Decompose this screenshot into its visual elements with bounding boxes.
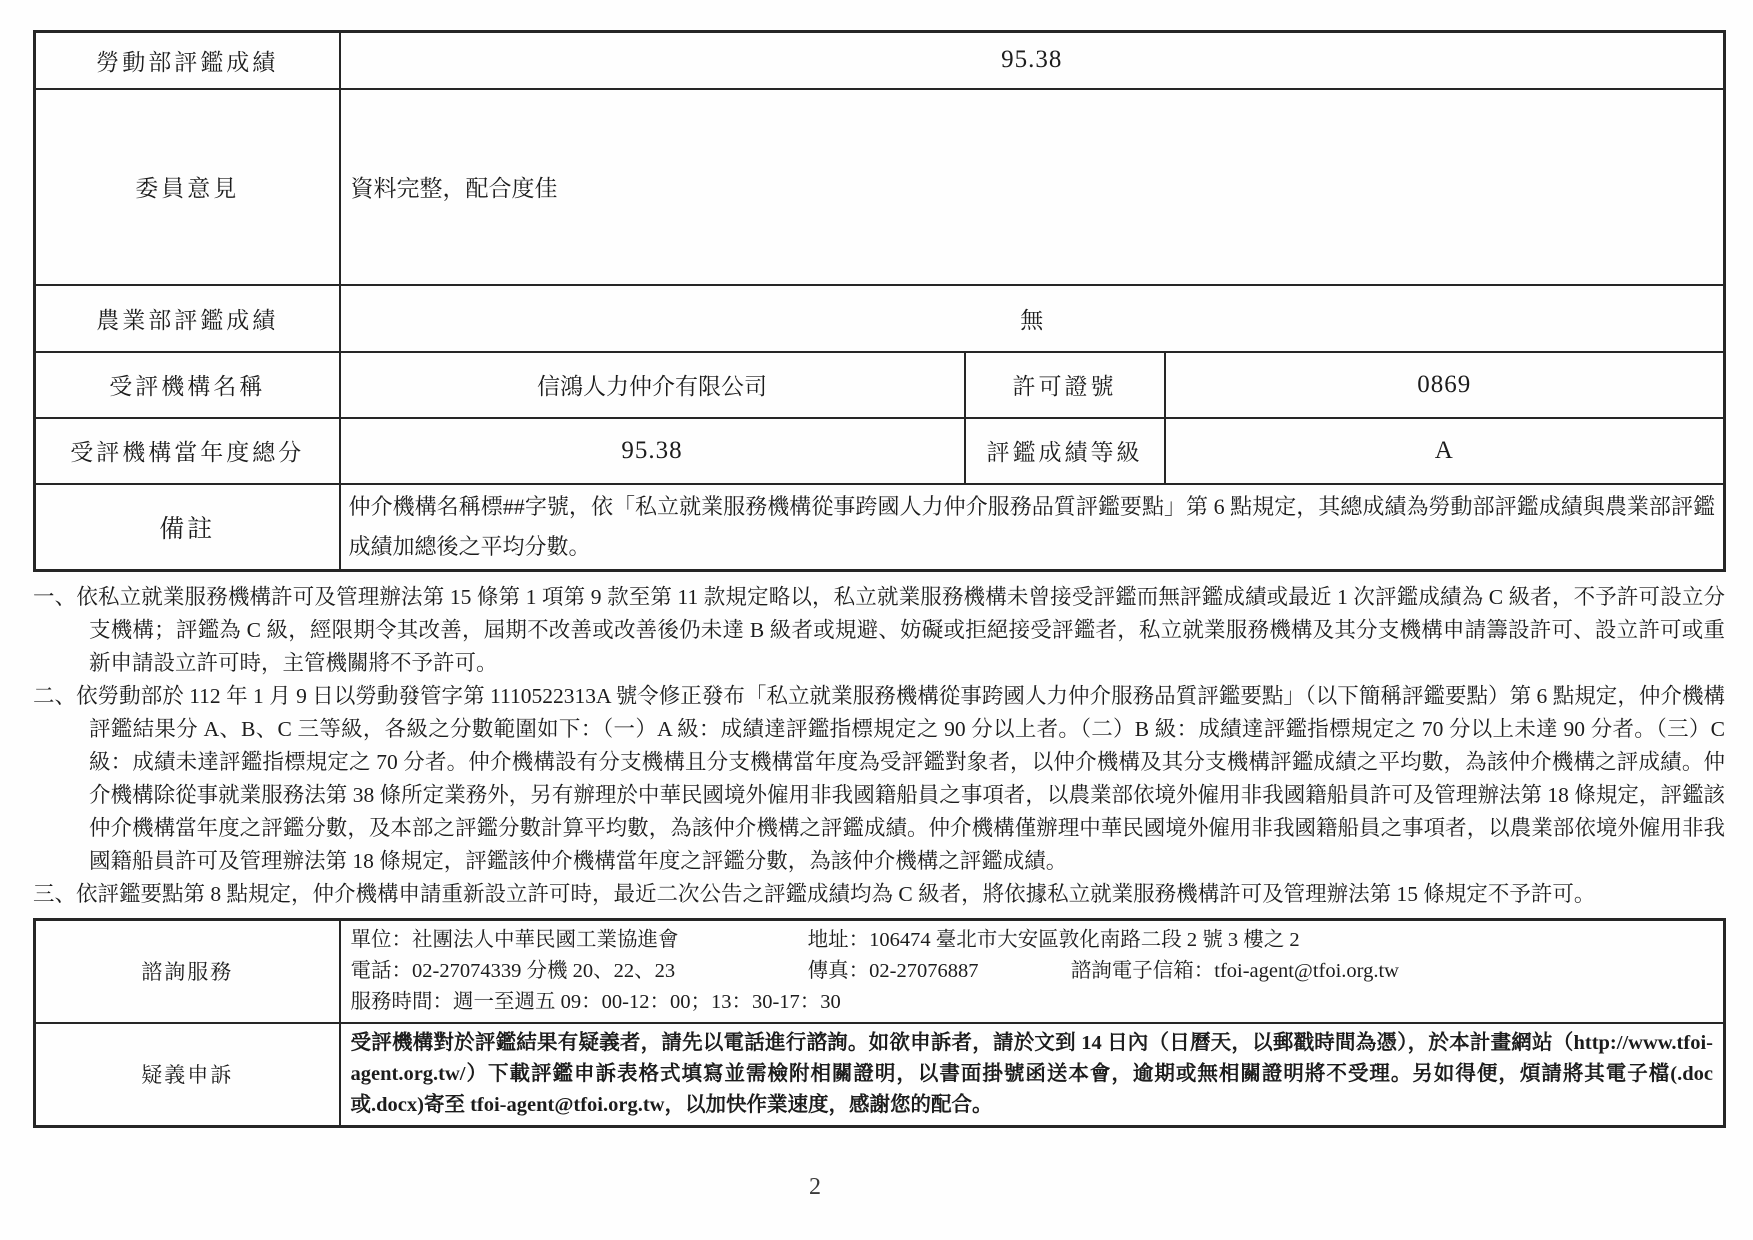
appeal-label: 疑義申訴 <box>35 1023 340 1127</box>
page-number: 2 <box>785 1174 845 1201</box>
consult-hours: 服務時間：週一至週五 09：00-12：00；13：30-17：30 <box>351 987 841 1018</box>
evaluation-result-table: 勞動部評鑑成績 95.38 委員意見 資料完整，配合度佳 農業部評鑑成績 無 受… <box>33 30 1726 572</box>
labor-score-value: 95.38 <box>340 32 1725 89</box>
appeal-text: 受評機構對於評鑑結果有疑義者，請先以電話進行諮詢。如欲申訴者，請於文到 14 日… <box>340 1023 1725 1127</box>
table-row: 疑義申訴 受評機構對於評鑑結果有疑義者，請先以電話進行諮詢。如欲申訴者，請於文到… <box>35 1023 1725 1127</box>
note-2-text: 依勞動部於 112 年 1 月 9 日以勞動發管字第 1110522313A 號… <box>76 684 1725 873</box>
consult-line-phone-fax-email: 電話：02-27074339 分機 20、22、23 傳真：02-2707688… <box>351 956 1714 987</box>
consult-unit: 單位：社團法人中華民國工業協進會 <box>351 925 803 956</box>
table-row: 受評機構名稱 信鴻人力仲介有限公司 許可證號 0869 <box>35 352 1725 418</box>
consult-email: 諮詢電子信箱：tfoi-agent@tfoi.org.tw <box>1071 956 1399 987</box>
institution-name-value: 信鴻人力仲介有限公司 <box>340 352 965 418</box>
committee-opinion-label: 委員意見 <box>35 89 340 285</box>
table-row: 農業部評鑑成績 無 <box>35 285 1725 352</box>
consult-line-hours: 服務時間：週一至週五 09：00-12：00；13：30-17：30 <box>351 987 1714 1018</box>
consult-address: 地址：106474 臺北市大安區敦化南路二段 2 號 3 樓之 2 <box>808 925 1300 956</box>
consult-line-unit-address: 單位：社團法人中華民國工業協進會 地址：106474 臺北市大安區敦化南路二段 … <box>351 925 1714 956</box>
table-row: 勞動部評鑑成績 95.38 <box>35 32 1725 89</box>
institution-name-label: 受評機構名稱 <box>35 352 340 418</box>
permit-number-value: 0869 <box>1165 352 1725 418</box>
consult-service-content: 單位：社團法人中華民國工業協進會 地址：106474 臺北市大安區敦化南路二段 … <box>340 919 1725 1023</box>
consult-fax: 傳真：02-27076887 <box>808 956 1066 987</box>
note-1-text: 依私立就業服務機構許可及管理辦法第 15 條第 1 項第 9 款至第 11 款規… <box>76 585 1725 675</box>
agriculture-score-label: 農業部評鑑成績 <box>35 285 340 352</box>
note-2: 二、依勞動部於 112 年 1 月 9 日以勞動發管字第 1110522313A… <box>33 680 1725 878</box>
scanned-evaluation-document: 勞動部評鑑成績 95.38 委員意見 資料完整，配合度佳 農業部評鑑成績 無 受… <box>0 0 1753 1240</box>
grade-label: 評鑑成績等級 <box>965 418 1165 484</box>
regulatory-notes: 一、依私立就業服務機構許可及管理辦法第 15 條第 1 項第 9 款至第 11 … <box>33 581 1725 911</box>
consult-phone: 電話：02-27074339 分機 20、22、23 <box>351 956 803 987</box>
total-score-value: 95.38 <box>340 418 965 484</box>
note-3-marker: 三、 <box>33 882 76 906</box>
table-row: 備註 仲介機構名稱標##字號，依「私立就業服務機構從事跨國人力仲介服務品質評鑑要… <box>35 484 1725 571</box>
note-3-text: 依評鑑要點第 8 點規定，仲介機構申請重新設立許可時，最近二次公告之評鑑成績均為… <box>76 882 1595 906</box>
remarks-value: 仲介機構名稱標##字號，依「私立就業服務機構從事跨國人力仲介服務品質評鑑要點」第… <box>340 484 1725 571</box>
permit-number-label: 許可證號 <box>965 352 1165 418</box>
remarks-label: 備註 <box>35 484 340 571</box>
note-1: 一、依私立就業服務機構許可及管理辦法第 15 條第 1 項第 9 款至第 11 … <box>33 581 1725 680</box>
agriculture-score-value: 無 <box>340 285 1725 352</box>
consult-service-label: 諮詢服務 <box>35 919 340 1023</box>
contact-appeal-table: 諮詢服務 單位：社團法人中華民國工業協進會 地址：106474 臺北市大安區敦化… <box>33 918 1726 1128</box>
total-score-label: 受評機構當年度總分 <box>35 418 340 484</box>
note-3: 三、依評鑑要點第 8 點規定，仲介機構申請重新設立許可時，最近二次公告之評鑑成績… <box>33 878 1725 911</box>
note-2-marker: 二、 <box>33 684 76 708</box>
labor-score-label: 勞動部評鑑成績 <box>35 32 340 89</box>
table-row: 諮詢服務 單位：社團法人中華民國工業協進會 地址：106474 臺北市大安區敦化… <box>35 919 1725 1023</box>
grade-value: A <box>1165 418 1725 484</box>
committee-opinion-value: 資料完整，配合度佳 <box>340 89 1725 285</box>
note-1-marker: 一、 <box>33 585 76 609</box>
table-row: 受評機構當年度總分 95.38 評鑑成績等級 A <box>35 418 1725 484</box>
table-row: 委員意見 資料完整，配合度佳 <box>35 89 1725 285</box>
